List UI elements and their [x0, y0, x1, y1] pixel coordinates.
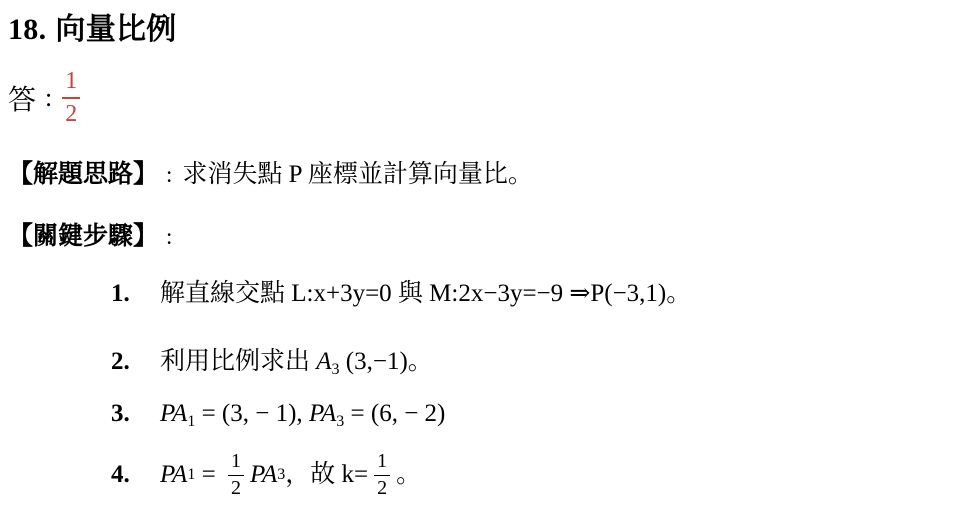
section-colon: : [166, 158, 172, 192]
step-text: 解直線交點 L:x+3y=0 與 M:2x−3y=−9 ⇒P(−3,1)。 [160, 278, 691, 310]
step-number: 2. [111, 346, 160, 378]
step2-suffix: (3,−1)。 [340, 348, 433, 375]
math-text: = [195, 459, 222, 491]
problem-title: 18.向量比例 [8, 12, 946, 48]
math-subscript: 3 [277, 467, 285, 483]
step-number: 1. [111, 278, 160, 310]
step-item-3: 3. PA1 = (3, − 1), PA3 = (6, − 2) [111, 398, 946, 430]
math-variable: PA [160, 459, 187, 491]
math-variable: PA [160, 400, 187, 427]
fraction-numerator: 1 [228, 451, 244, 472]
section-heading: 【關鍵步驟】 [8, 220, 158, 254]
fraction-bar [374, 475, 390, 476]
fraction-numerator: 1 [374, 451, 390, 472]
step4-fraction-2: 1 2 [374, 451, 390, 499]
math-subscript: 3 [332, 361, 340, 378]
answer-fraction: 1 2 [62, 69, 80, 127]
section-heading: 【解題思路】 [8, 158, 158, 192]
step2-prefix: 利用比例求出 [160, 348, 316, 375]
answer-colon: : [45, 83, 52, 113]
answer-line: 答 : 1 2 [8, 68, 946, 128]
answer-fraction-numerator: 1 [62, 69, 80, 94]
step-text: 利用比例求出 A3 (3,−1)。 [160, 346, 433, 378]
step-math: PA1 = 1 2 PA3，故 k= 1 2 。 [160, 451, 421, 499]
step4-fraction-1: 1 2 [228, 451, 244, 499]
math-text: = (6, − 2) [344, 400, 445, 427]
fraction-denominator: 2 [374, 478, 390, 499]
answer-fraction-denominator: 2 [62, 102, 80, 127]
section-key-steps: 【關鍵步驟】 : [8, 220, 946, 254]
step-math: PA1 = (3, − 1), PA3 = (6, − 2) [160, 398, 445, 430]
step-item-2: 2. 利用比例求出 A3 (3,−1)。 [111, 346, 946, 378]
math-text: = (3, − 1), [195, 400, 309, 427]
math-variable: PA [250, 459, 277, 491]
fraction-denominator: 2 [228, 478, 244, 499]
section-solution-idea: 【解題思路】 : 求消失點 P 座標並計算向量比。 [8, 158, 946, 192]
math-text: 。 [396, 459, 421, 491]
math-subscript: 1 [187, 467, 195, 483]
section-colon: : [166, 220, 172, 254]
solution-document: 18.向量比例 答 : 1 2 【解題思路】 : 求消失點 P 座標並計算向量比… [0, 0, 966, 522]
fraction-bar [228, 475, 244, 476]
answer-label: 答 [8, 78, 36, 118]
section-text: 求消失點 P 座標並計算向量比。 [182, 158, 532, 192]
math-variable: PA [309, 400, 336, 427]
step-number: 3. [111, 398, 160, 430]
math-text: ，故 k= [285, 459, 368, 491]
step-item-1: 1. 解直線交點 L:x+3y=0 與 M:2x−3y=−9 ⇒P(−3,1)。 [111, 278, 946, 310]
step-item-4: 4. PA1 = 1 2 PA3，故 k= 1 2 。 [111, 444, 946, 506]
math-variable: A [316, 348, 331, 375]
problem-title-text: 向量比例 [55, 13, 176, 46]
step-number: 4. [111, 459, 160, 491]
fraction-bar [62, 97, 80, 99]
problem-number: 18. [8, 13, 46, 46]
